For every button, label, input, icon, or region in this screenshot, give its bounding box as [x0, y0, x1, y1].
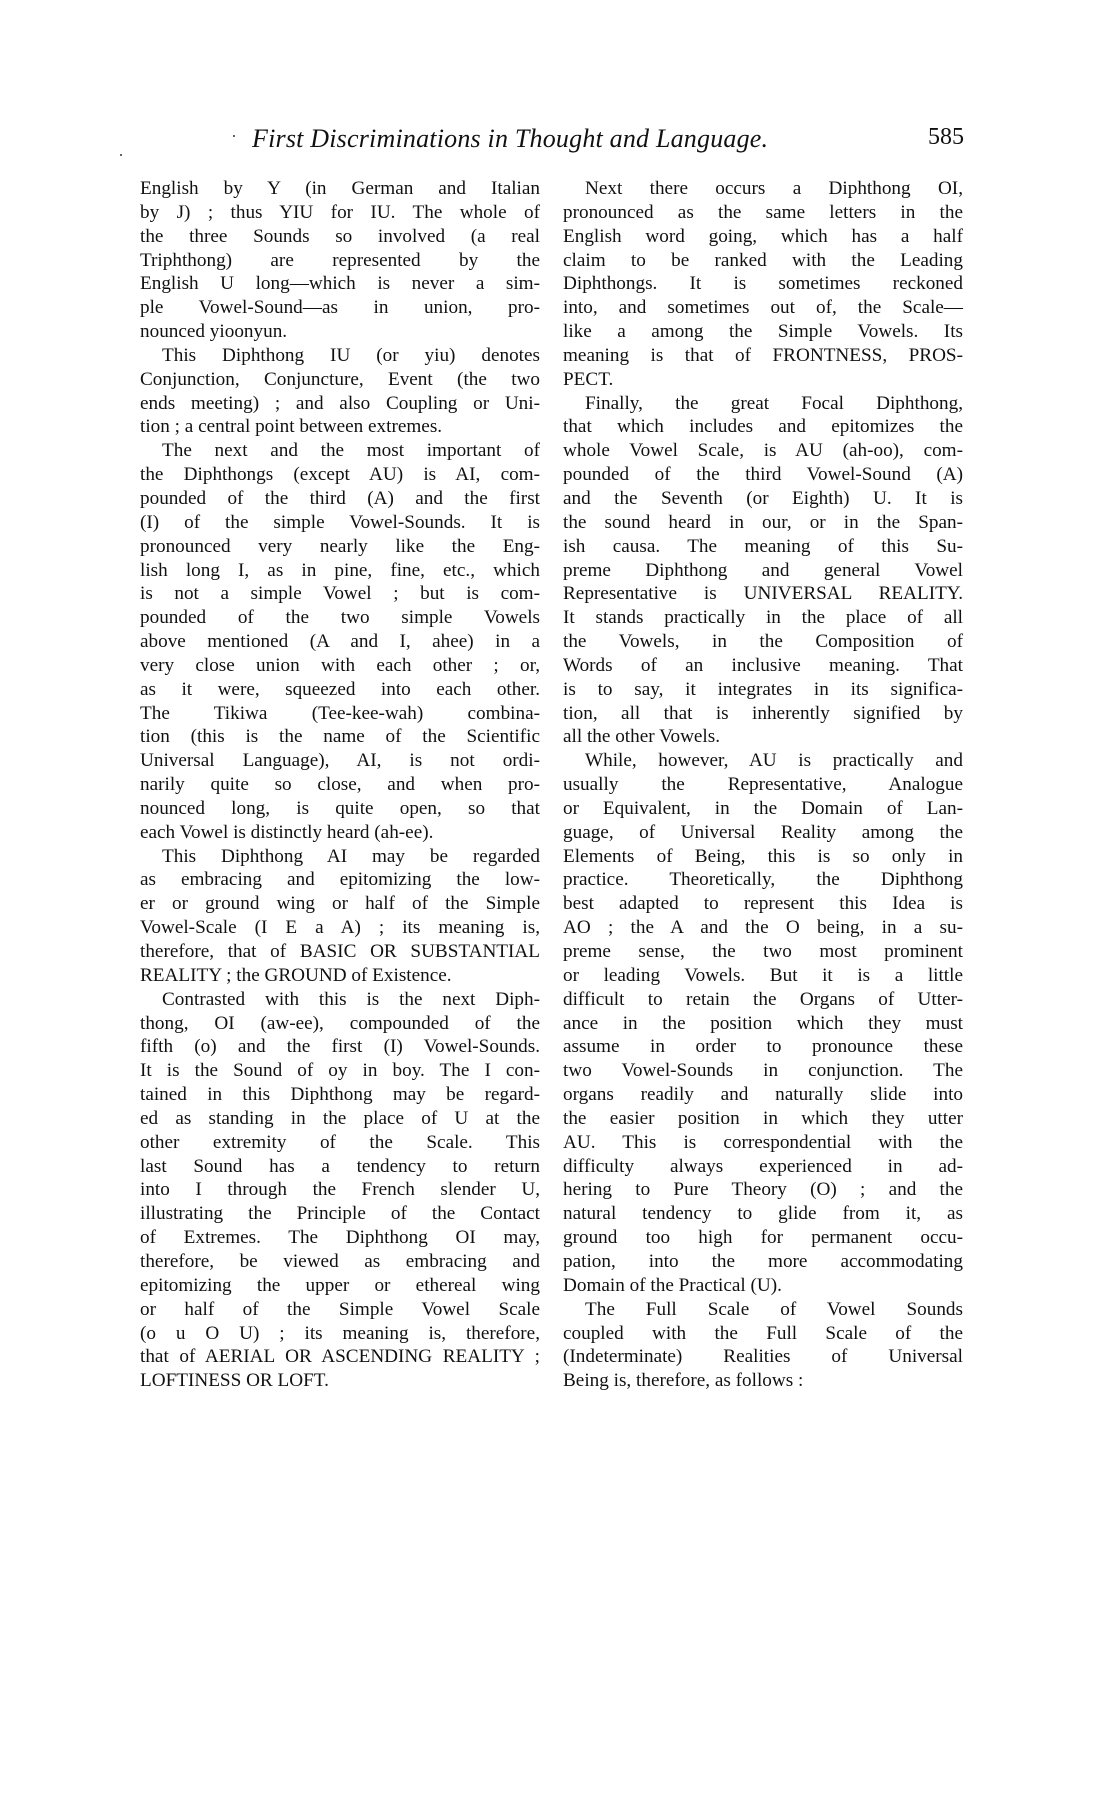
- text-line: is to say, it integrates in its signific…: [563, 678, 963, 702]
- text-line: It is the Sound of oy in boy. The I con-: [140, 1059, 540, 1083]
- text-line: is not a simple Vowel ; but is com-: [140, 582, 540, 606]
- text-line: each Vowel is distinctly heard (ah-ee).: [140, 821, 540, 845]
- paragraph: Finally, the great Focal Diphthong,that …: [563, 392, 963, 750]
- paragraph: English by Y (in German and Italianby J)…: [140, 177, 540, 344]
- text-line: tion ; a central point between extremes.: [140, 415, 540, 439]
- text-line: as it were, squeezed into each other.: [140, 678, 540, 702]
- text-line: Conjunction, Conjuncture, Event (the two: [140, 368, 540, 392]
- text-line: meaning is that of FRONTNESS, PROS-: [563, 344, 963, 368]
- text-line: very close union with each other ; or,: [140, 654, 540, 678]
- text-line: English U long—which is never a sim-: [140, 272, 540, 296]
- text-line: pronounced as the same letters in the: [563, 201, 963, 225]
- text-line: above mentioned (A and I, ahee) in a: [140, 630, 540, 654]
- text-line: (o u O U) ; its meaning is, therefore,: [140, 1322, 540, 1346]
- text-line: Domain of the Practical (U).: [563, 1274, 963, 1298]
- text-line: It stands practically in the place of al…: [563, 606, 963, 630]
- right-column: Next there occurs a Diphthong OI,pronoun…: [563, 177, 963, 1393]
- text-line: natural tendency to glide from it, as: [563, 1202, 963, 1226]
- text-line: Triphthong) are represented by the: [140, 249, 540, 273]
- paragraph: This Diphthong AI may be regardedas embr…: [140, 845, 540, 988]
- text-line: that of AERIAL OR ASCENDING REALITY ;: [140, 1345, 540, 1369]
- text-line: Diphthongs. It is sometimes reckoned: [563, 272, 963, 296]
- text-line: Words of an inclusive meaning. That: [563, 654, 963, 678]
- text-line: This Diphthong IU (or yiu) denotes: [140, 344, 540, 368]
- text-line: the three Sounds so involved (a real: [140, 225, 540, 249]
- book-page: First Discriminations in Thought and Lan…: [0, 0, 1120, 1800]
- text-line: ends meeting) ; and also Coupling or Uni…: [140, 392, 540, 416]
- text-line: preme sense, the two most prominent: [563, 940, 963, 964]
- text-line: like a among the Simple Vowels. Its: [563, 320, 963, 344]
- text-line: difficult to retain the Organs of Utter-: [563, 988, 963, 1012]
- text-line: practice. Theoretically, the Diphthong: [563, 868, 963, 892]
- left-column: English by Y (in German and Italianby J)…: [140, 177, 540, 1393]
- paragraph: Next there occurs a Diphthong OI,pronoun…: [563, 177, 963, 392]
- paragraph: Contrasted with this is the next Diph-th…: [140, 988, 540, 1393]
- text-line: Next there occurs a Diphthong OI,: [563, 177, 963, 201]
- text-line: AU. This is correspondential with the: [563, 1131, 963, 1155]
- text-line: pronounced very nearly like the Eng-: [140, 535, 540, 559]
- text-line: ple Vowel-Sound—as in union, pro-: [140, 296, 540, 320]
- text-line: English by Y (in German and Italian: [140, 177, 540, 201]
- text-line: While, however, AU is practically and: [563, 749, 963, 773]
- text-line: the sound heard in our, or in the Span-: [563, 511, 963, 535]
- text-line: as embracing and epitomizing the low-: [140, 868, 540, 892]
- text-line: by J) ; thus YIU for IU. The whole of: [140, 201, 540, 225]
- text-line: therefore, that of BASIC OR SUBSTANTIAL: [140, 940, 540, 964]
- running-title: First Discriminations in Thought and Lan…: [252, 124, 768, 154]
- text-line: epitomizing the upper or ethereal wing: [140, 1274, 540, 1298]
- text-line: the Vowels, in the Composition of: [563, 630, 963, 654]
- text-line: ground too high for permanent occu-: [563, 1226, 963, 1250]
- text-line: hering to Pure Theory (O) ; and the: [563, 1178, 963, 1202]
- text-line: fifth (o) and the first (I) Vowel-Sounds…: [140, 1035, 540, 1059]
- text-line: nounced long, is quite open, so that: [140, 797, 540, 821]
- text-line: Finally, the great Focal Diphthong,: [563, 392, 963, 416]
- text-line: difficulty always experienced in ad-: [563, 1155, 963, 1179]
- running-head: First Discriminations in Thought and Lan…: [140, 124, 964, 158]
- text-line: lish long I, as in pine, fine, etc., whi…: [140, 559, 540, 583]
- text-line: whole Vowel Scale, is AU (ah-oo), com-: [563, 439, 963, 463]
- text-line: of Extremes. The Diphthong OI may,: [140, 1226, 540, 1250]
- text-line: and the Seventh (or Eighth) U. It is: [563, 487, 963, 511]
- text-line: the Diphthongs (except AU) is AI, com-: [140, 463, 540, 487]
- text-line: all the other Vowels.: [563, 725, 963, 749]
- text-line: This Diphthong AI may be regarded: [140, 845, 540, 869]
- text-line: assume in order to pronounce these: [563, 1035, 963, 1059]
- text-line: pounded of the two simple Vowels: [140, 606, 540, 630]
- text-line: preme Diphthong and general Vowel: [563, 559, 963, 583]
- text-line: AO ; the A and the O being, in a su-: [563, 916, 963, 940]
- text-line: pounded of the third Vowel-Sound (A): [563, 463, 963, 487]
- text-line: The Tikiwa (Tee-kee-wah) combina-: [140, 702, 540, 726]
- text-line: Elements of Being, this is so only in: [563, 845, 963, 869]
- text-line: two Vowel-Sounds in conjunction. The: [563, 1059, 963, 1083]
- text-line: coupled with the Full Scale of the: [563, 1322, 963, 1346]
- text-line: Contrasted with this is the next Diph-: [140, 988, 540, 1012]
- text-line: usually the Representative, Analogue: [563, 773, 963, 797]
- text-line: LOFTINESS OR LOFT.: [140, 1369, 540, 1393]
- text-line: (I) of the simple Vowel-Sounds. It is: [140, 511, 540, 535]
- print-speck: [120, 154, 122, 156]
- paragraph: The next and the most important ofthe Di…: [140, 439, 540, 844]
- text-line: last Sound has a tendency to return: [140, 1155, 540, 1179]
- text-line: pounded of the third (A) and the first: [140, 487, 540, 511]
- paragraph: This Diphthong IU (or yiu) denotesConjun…: [140, 344, 540, 439]
- text-line: narily quite so close, and when pro-: [140, 773, 540, 797]
- text-line: that which includes and epitomizes the: [563, 415, 963, 439]
- text-line: tion (this is the name of the Scientific: [140, 725, 540, 749]
- text-line: Representative is UNIVERSAL REALITY.: [563, 582, 963, 606]
- text-line: Universal Language), AI, is not ordi-: [140, 749, 540, 773]
- text-line: claim to be ranked with the Leading: [563, 249, 963, 273]
- text-line: Being is, therefore, as follows :: [563, 1369, 963, 1393]
- text-line: er or ground wing or half of the Simple: [140, 892, 540, 916]
- text-line: thong, OI (aw-ee), compounded of the: [140, 1012, 540, 1036]
- text-line: English word going, which has a half: [563, 225, 963, 249]
- text-line: or half of the Simple Vowel Scale: [140, 1298, 540, 1322]
- text-line: best adapted to represent this Idea is: [563, 892, 963, 916]
- text-line: The next and the most important of: [140, 439, 540, 463]
- text-line: nounced yioonyun.: [140, 320, 540, 344]
- text-line: other extremity of the Scale. This: [140, 1131, 540, 1155]
- text-line: The Full Scale of Vowel Sounds: [563, 1298, 963, 1322]
- text-line: pation, into the more accommodating: [563, 1250, 963, 1274]
- page-number: 585: [928, 124, 964, 151]
- text-line: illustrating the Principle of the Contac…: [140, 1202, 540, 1226]
- text-line: organs readily and naturally slide into: [563, 1083, 963, 1107]
- text-line: Vowel-Scale (I E a A) ; its meaning is,: [140, 916, 540, 940]
- paragraph: The Full Scale of Vowel Soundscoupled wi…: [563, 1298, 963, 1393]
- text-line: (Indeterminate) Realities of Universal: [563, 1345, 963, 1369]
- text-line: or leading Vowels. But it is a little: [563, 964, 963, 988]
- text-line: into, and sometimes out of, the Scale—: [563, 296, 963, 320]
- text-line: the easier position in which they utter: [563, 1107, 963, 1131]
- text-line: into I through the French slender U,: [140, 1178, 540, 1202]
- text-line: ish causa. The meaning of this Su-: [563, 535, 963, 559]
- paragraph: While, however, AU is practically andusu…: [563, 749, 963, 1297]
- text-line: ance in the position which they must: [563, 1012, 963, 1036]
- text-line: REALITY ; the GROUND of Existence.: [140, 964, 540, 988]
- text-line: guage, of Universal Reality among the: [563, 821, 963, 845]
- text-line: ed as standing in the place of U at the: [140, 1107, 540, 1131]
- text-line: tained in this Diphthong may be regard-: [140, 1083, 540, 1107]
- text-line: therefore, be viewed as embracing and: [140, 1250, 540, 1274]
- text-line: PECT.: [563, 368, 963, 392]
- text-line: tion, all that is inherently signified b…: [563, 702, 963, 726]
- text-line: or Equivalent, in the Domain of Lan-: [563, 797, 963, 821]
